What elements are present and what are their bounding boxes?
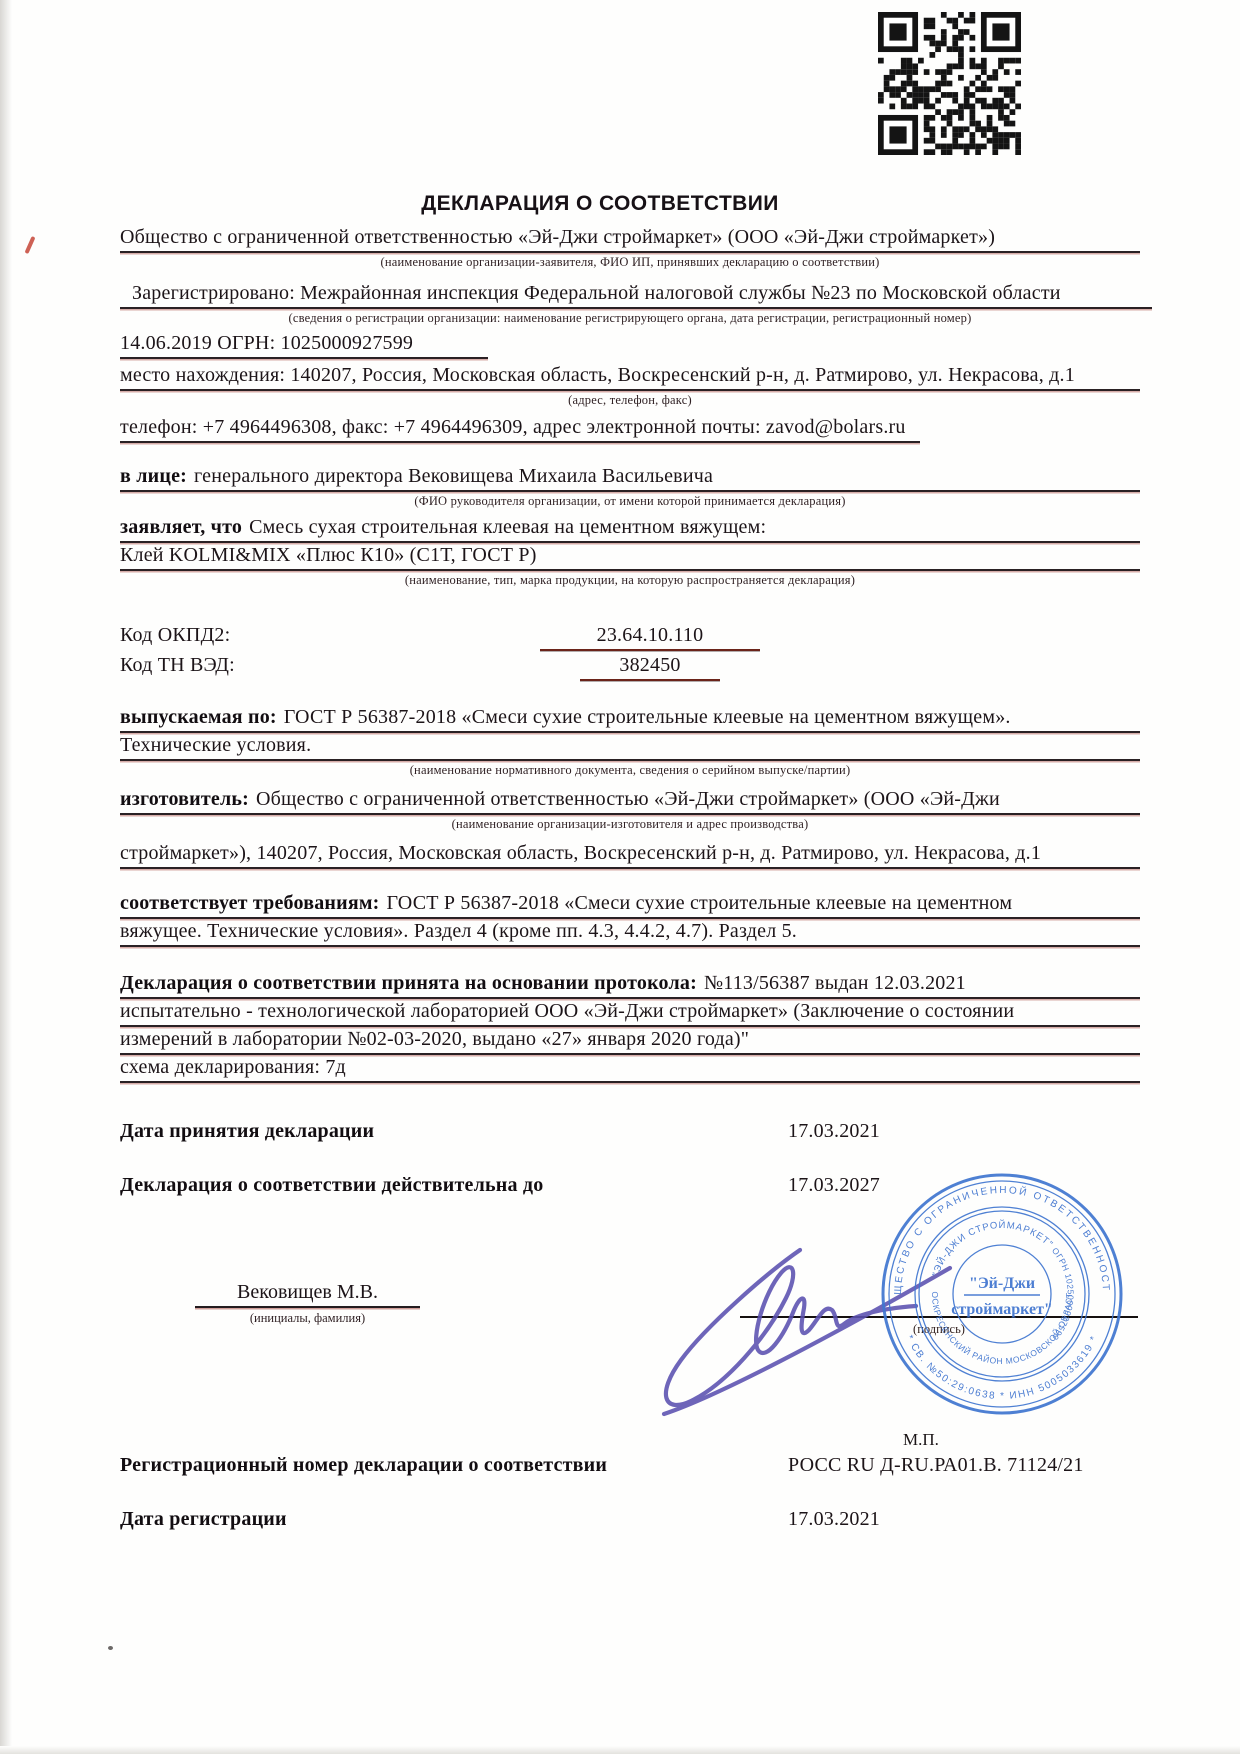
- product-text: Клей KOLMI&MIX «Плюс К10» (С1Т, ГОСТ Р): [120, 544, 537, 566]
- scan-artifact-red-mark: [25, 236, 36, 254]
- okpd2-row: Код ОКПД2: 23.64.10.110: [120, 622, 1140, 649]
- manufacturer-label: изготовитель:: [120, 788, 249, 810]
- reg-date-label: Дата регистрации: [120, 1508, 287, 1530]
- registration-line: Зарегистрировано: Межрайонная инспекция …: [120, 280, 1152, 309]
- issued-line2: Технические условия.: [120, 732, 1140, 761]
- ogrn-text: 14.06.2019 ОГРН: 1025000927599: [120, 332, 413, 354]
- manufacturer-line2: строймаркет»), 140207, Россия, Московска…: [120, 840, 1140, 869]
- basis-line: Декларация о соответствии принята на осн…: [120, 970, 1140, 999]
- stamp-mid-top-text: "ЭЙ-ДЖИ СТРОЙМАРКЕТ": [931, 1219, 1056, 1278]
- valid-until-label: Декларация о соответствии действительна …: [120, 1174, 543, 1196]
- tnved-row: Код ТН ВЭД: 382450: [120, 652, 1140, 679]
- tnved-label: Код ТН ВЭД:: [120, 652, 300, 679]
- scan-edge: [0, 1746, 1240, 1754]
- applicant-line: Общество с ограниченной ответственностью…: [120, 224, 1140, 253]
- representative-value: генерального директора Вековищева Михаил…: [194, 465, 713, 487]
- page-title: ДЕКЛАРАЦИЯ О СООТВЕТСТВИИ: [0, 192, 1200, 216]
- qr-code-icon: [878, 12, 1021, 155]
- basis-line2-text: испытательно - технологической лаборатор…: [120, 1000, 1014, 1022]
- registration-caption: (сведения о регистрации организации: наи…: [120, 311, 1140, 326]
- adoption-date-label: Дата принятия декларации: [120, 1120, 374, 1142]
- company-round-stamp: ОБЩЕСТВО С ОГРАНИЧЕННОЙ ОТВЕТСТВЕННОСТЬЮ…: [872, 1164, 1132, 1424]
- representative-line: в лице:генерального директора Вековищева…: [120, 463, 1140, 492]
- issued-value: ГОСТ Р 56387-2018 «Смеси сухие строитель…: [284, 706, 1011, 728]
- complies-line2-text: вяжущее. Технические условия». Раздел 4 …: [120, 920, 797, 942]
- applicant-text: Общество с ограниченной ответственностью…: [120, 226, 995, 248]
- signer-name-caption: (инициалы, фамилия): [195, 1311, 420, 1326]
- ogrn-line: 14.06.2019 ОГРН: 1025000927599: [120, 330, 488, 359]
- reg-number-label: Регистрационный номер декларации о соотв…: [120, 1454, 607, 1476]
- declares-label: заявляет, что: [120, 516, 242, 538]
- location-text: место нахождения: 140207, Россия, Москов…: [120, 364, 1075, 386]
- contacts-line: телефон: +7 4964496308, факс: +7 4964496…: [120, 414, 920, 443]
- declares-value: Смесь сухая строительная клеевая на цеме…: [249, 516, 766, 538]
- basis-label: Декларация о соответствии принята на осн…: [120, 972, 697, 994]
- representative-label: в лице:: [120, 465, 187, 487]
- basis-value: №113/56387 выдан 12.03.2021: [704, 972, 966, 994]
- complies-value: ГОСТ Р 56387-2018 «Смеси сухие строитель…: [387, 892, 1013, 914]
- manufacturer-line: изготовитель:Общество с ограниченной отв…: [120, 786, 1140, 815]
- reg-number-value: РОСС RU Д-RU.РА01.В. 71124/21: [788, 1452, 1084, 1479]
- issued-caption: (наименование нормативного документа, св…: [120, 763, 1140, 778]
- product-line: Клей KOLMI&MIX «Плюс К10» (С1Т, ГОСТ Р): [120, 542, 1140, 571]
- basis-line2: испытательно - технологической лаборатор…: [120, 998, 1140, 1027]
- applicant-caption: (наименование организации-заявителя, ФИО…: [120, 255, 1140, 270]
- manufacturer-caption: (наименование организации-изготовителя и…: [120, 817, 1140, 832]
- location-line: место нахождения: 140207, Россия, Москов…: [120, 362, 1140, 391]
- tnved-value: 382450: [580, 652, 720, 681]
- issued-line2-text: Технические условия.: [120, 734, 311, 756]
- contacts-text: телефон: +7 4964496308, факс: +7 4964496…: [120, 416, 906, 438]
- stamp-center-line2: строймаркет": [951, 1301, 1053, 1318]
- complies-line2: вяжущее. Технические условия». Раздел 4 …: [120, 918, 1140, 947]
- scan-edge: [0, 0, 12, 1754]
- complies-line: соответствует требованиям:ГОСТ Р 56387-2…: [120, 890, 1140, 919]
- reg-date-row: Дата регистрации 17.03.2021: [120, 1506, 1140, 1533]
- representative-caption: (ФИО руководителя организации, от имени …: [120, 494, 1140, 509]
- svg-text:"ЭЙ-ДЖИ СТРОЙМАРКЕТ": "ЭЙ-ДЖИ СТРОЙМАРКЕТ": [931, 1219, 1056, 1278]
- basis-line3-text: измерений в лаборатории №02-03-2020, выд…: [120, 1028, 749, 1050]
- declares-line: заявляет, чтоСмесь сухая строительная кл…: [120, 514, 1140, 543]
- adoption-date-value: 17.03.2021: [788, 1118, 880, 1145]
- issued-line: выпускаемая по:ГОСТ Р 56387-2018 «Смеси …: [120, 704, 1140, 733]
- manufacturer-line2-text: строймаркет»), 140207, Россия, Московска…: [120, 842, 1041, 864]
- reg-date-value: 17.03.2021: [788, 1506, 880, 1533]
- location-caption: (адрес, телефон, факс): [120, 393, 1140, 408]
- stamp-center-line1: "Эй-Джи: [969, 1275, 1035, 1292]
- complies-label: соответствует требованиям:: [120, 892, 380, 914]
- okpd2-value: 23.64.10.110: [540, 622, 760, 651]
- product-caption: (наименование, тип, марка продукции, на …: [120, 573, 1140, 588]
- scheme-text: схема декларирования: 7д: [120, 1056, 346, 1078]
- basis-line3: измерений в лаборатории №02-03-2020, выд…: [120, 1026, 1140, 1055]
- adoption-date-row: Дата принятия декларации 17.03.2021: [120, 1118, 1140, 1145]
- scheme-line: схема декларирования: 7д: [120, 1054, 1140, 1083]
- manufacturer-value: Общество с ограниченной ответственностью…: [256, 788, 1000, 810]
- declaration-document: ДЕКЛАРАЦИЯ О СООТВЕТСТВИИ Общество с огр…: [0, 0, 1240, 1754]
- issued-label: выпускаемая по:: [120, 706, 277, 728]
- registration-text: Зарегистрировано: Межрайонная инспекция …: [132, 282, 1061, 304]
- reg-number-row: Регистрационный номер декларации о соотв…: [120, 1452, 1140, 1479]
- scan-speck: [108, 1646, 113, 1650]
- okpd2-label: Код ОКПД2:: [120, 622, 300, 649]
- signer-name: Вековищев М.В.: [195, 1278, 420, 1308]
- mp-stamp-place-label: М.П.: [903, 1430, 939, 1450]
